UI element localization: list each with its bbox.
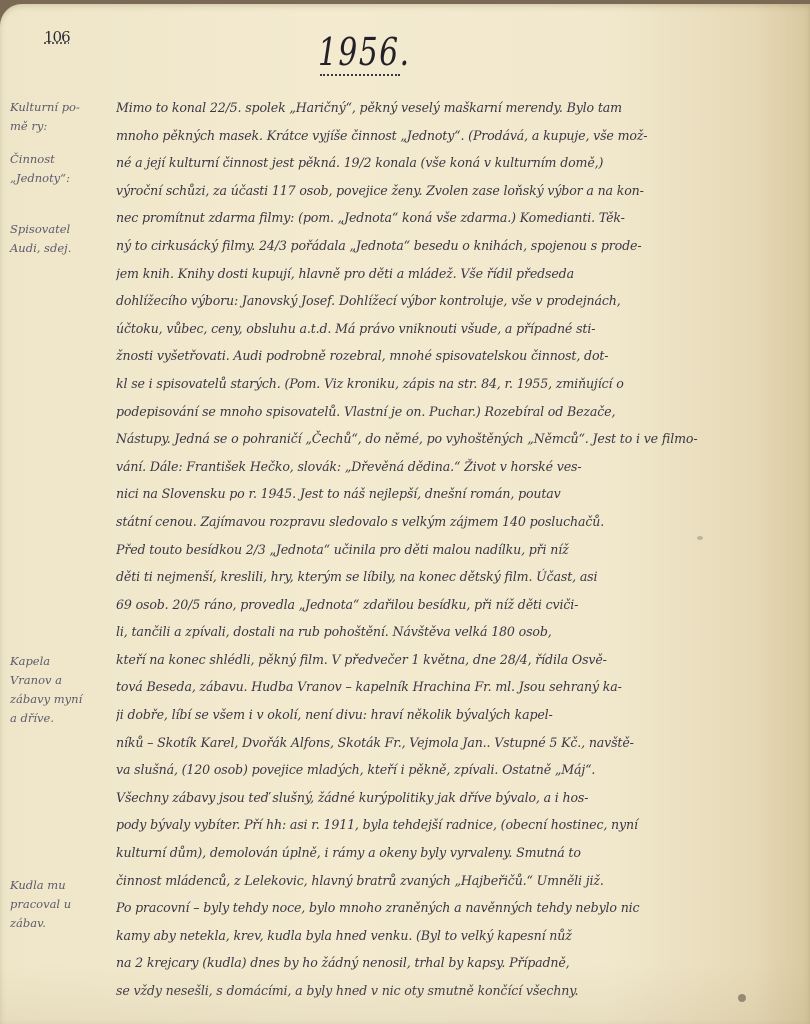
margin-note-line: pracoval u — [10, 895, 115, 914]
text-line: státní cenou. Zajímavou rozpravu sledova… — [116, 508, 728, 536]
margin-note-kapela: KapelaVranov azábavy mynía dříve. — [10, 652, 115, 728]
text-line: podepisování se mnoho spisovatelů. Vlast… — [116, 398, 728, 426]
margin-note-line: Činnost „Jednoty“: — [10, 150, 115, 188]
text-line: va slušná, (120 osob) povejice mladých, … — [116, 756, 728, 784]
text-line: kulturní dům), demolován úplně, i rámy a… — [116, 839, 728, 867]
margin-note-line: a dříve. — [10, 709, 115, 728]
text-line: Mimo to konal 22/5. spolek „Haričný“, pě… — [116, 94, 728, 122]
text-line: činnost mládenců, z Lelekovic, hlavný br… — [116, 867, 728, 895]
margin-note-line: Kudla mu — [10, 876, 115, 895]
text-line: děti ti nejmenší, kreslili, hry, kterým … — [116, 563, 728, 591]
margin-note-line: zábav. — [10, 914, 115, 933]
text-line: 69 osob. 20/5 ráno, provedla „Jednota“ z… — [116, 591, 728, 619]
year-heading: 1956. — [318, 30, 411, 74]
year-underline-divider — [320, 74, 400, 76]
margin-note-line: Kulturní po- — [10, 98, 115, 117]
text-line: výroční schůzi, za účasti 117 osob, pove… — [116, 177, 728, 205]
text-line: li, tančili a zpívali, dostali na rub po… — [116, 618, 728, 646]
text-line: Po pracovní – byly tehdy noce, bylo mnoh… — [116, 894, 728, 922]
text-line: nec promítnut zdarma filmy: (pom. „Jedno… — [116, 204, 728, 232]
text-line: žnosti vyšetřovati. Audi podrobně rozebr… — [116, 342, 728, 370]
text-line: tová Beseda, zábavu. Hudba Vranov – kape… — [116, 673, 728, 701]
text-line: kamy aby netekla, krev, kudla byla hned … — [116, 922, 728, 950]
text-line: vání. Dále: František Hečko, slovák: „Dř… — [116, 453, 728, 481]
page-shadow — [0, 964, 810, 1024]
margin-note-line: mě ry: — [10, 117, 115, 136]
text-line: né a její kulturní činnost jest pěkná. 1… — [116, 149, 728, 177]
margin-note-line: Vranov a — [10, 671, 115, 690]
margin-note-line: Kapela — [10, 652, 115, 671]
text-line: pody bývaly vybíter. Pří hh: asi r. 1911… — [116, 811, 728, 839]
chronicle-body-text: Mimo to konal 22/5. spolek „Haričný“, pě… — [116, 94, 728, 1005]
margin-note-line: Spisovatel — [10, 220, 115, 239]
text-line: níků – Skotík Karel, Dvořák Alfons, Skot… — [116, 729, 728, 757]
ink-spot — [697, 536, 703, 540]
text-line: dohlížecího výboru: Janovský Josef. Dohl… — [116, 287, 728, 315]
page-number: 106 — [44, 28, 70, 46]
text-line: ný to cirkusácký filmy. 24/3 pořádala „J… — [116, 232, 728, 260]
margin-note-line: zábavy myní — [10, 690, 115, 709]
text-line: mnoho pěkných masek. Krátce vyjíše činno… — [116, 122, 728, 150]
text-line: Nástupy. Jedná se o pohraničí „Čechů“, d… — [116, 425, 728, 453]
text-line: nici na Slovensku po r. 1945. Jest to ná… — [116, 480, 728, 508]
text-line: kteří na konec shlédli, pěkný film. V př… — [116, 646, 728, 674]
margin-note-kudla: Kudla mupracoval uzábav. — [10, 876, 115, 933]
notebook-page: 106 1956. Kulturní po-mě ry:Činnost „Jed… — [0, 4, 810, 1024]
margin-note-line: Audi, sdej. — [10, 239, 115, 258]
margin-note-cinnost: Činnost „Jednoty“: — [10, 150, 115, 188]
text-line: účtoku, vůbec, ceny, obsluhu a.t.d. Má p… — [116, 315, 728, 343]
text-line: Všechny zábavy jsou teď slušný, žádné ku… — [116, 784, 728, 812]
text-line: ji dobře, líbí se všem i v okolí, není d… — [116, 701, 728, 729]
text-line: kl se i spisovatelů starých. (Pom. Viz k… — [116, 370, 728, 398]
margin-note-kulturni: Kulturní po-mě ry: — [10, 98, 115, 136]
text-line: Před touto besídkou 2/3 „Jednota“ učinil… — [116, 536, 728, 564]
margin-note-spisovatel: SpisovatelAudi, sdej. — [10, 220, 115, 258]
text-line: jem knih. Knihy dosti kupují, hlavně pro… — [116, 260, 728, 288]
